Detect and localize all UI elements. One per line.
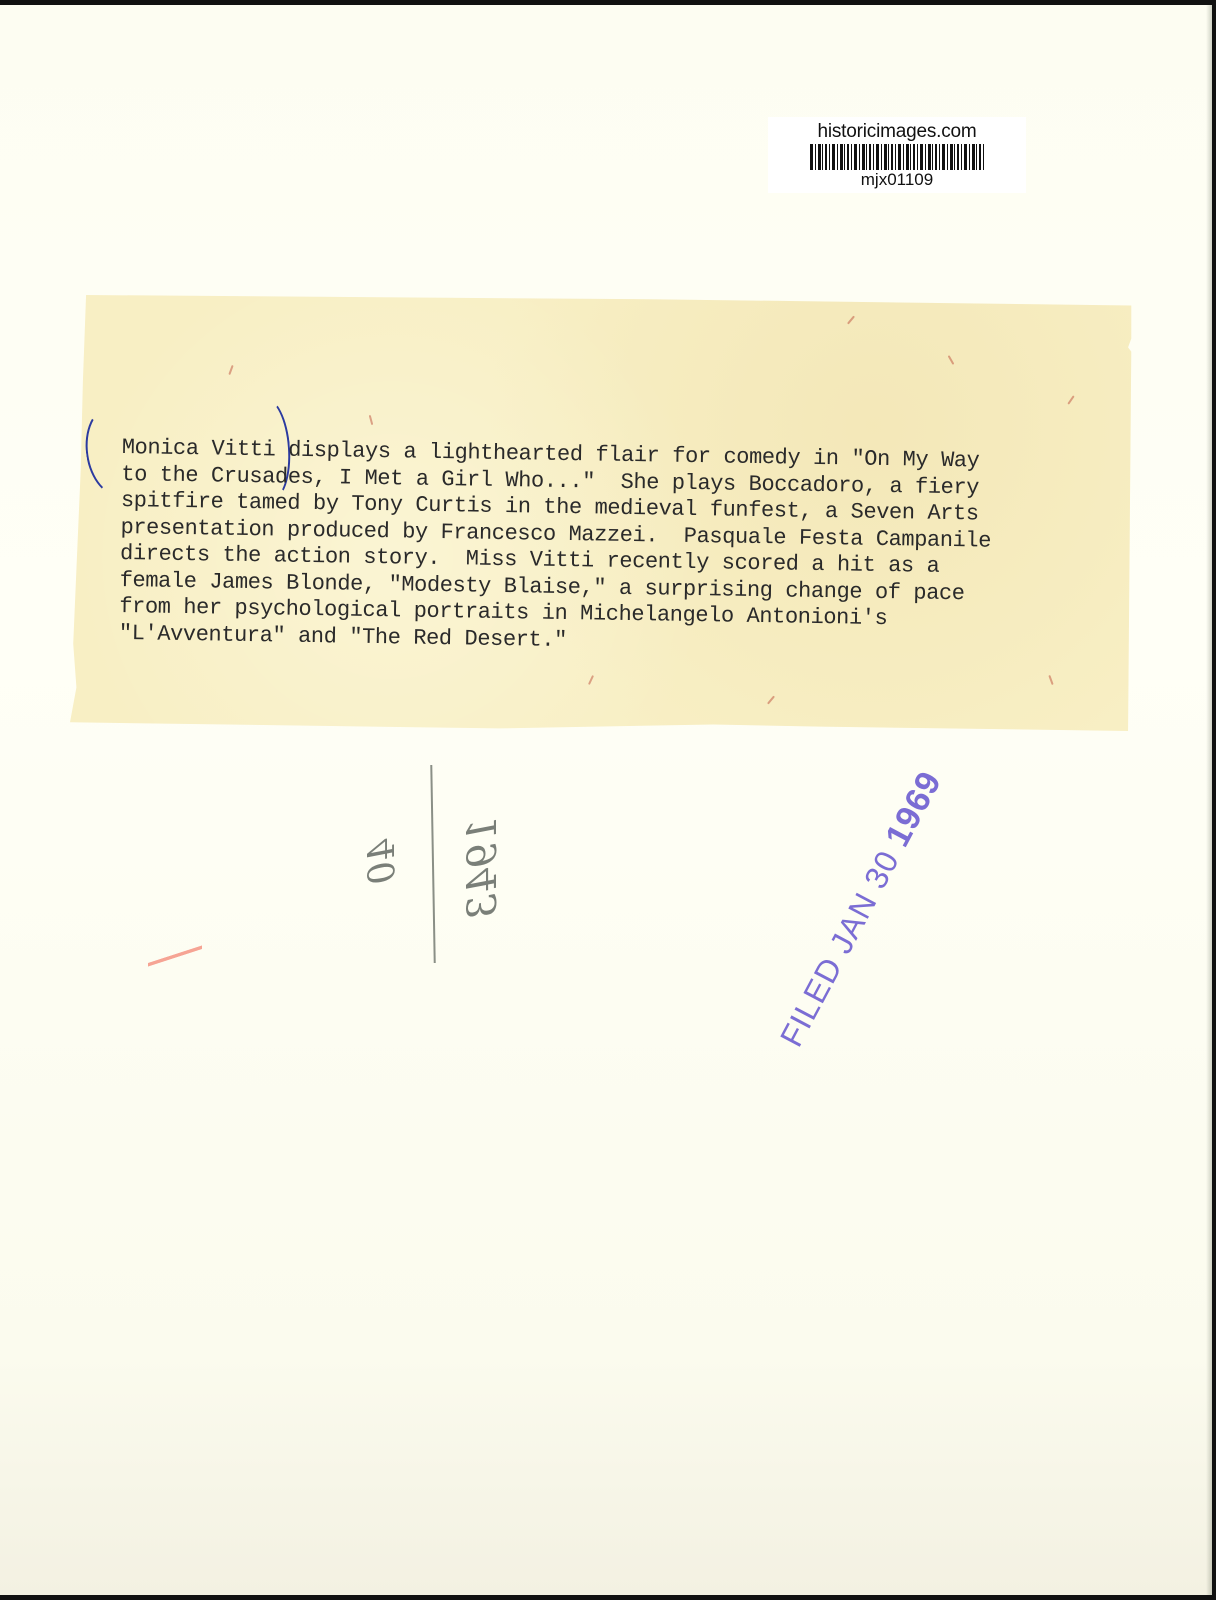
- stamp-year: 1969: [878, 765, 949, 853]
- paper-fleck: [228, 365, 233, 375]
- filed-date-stamp: FILED JAN 30 1969: [772, 765, 950, 1054]
- caption-text: Monica Vitti displays a lighthearted fla…: [119, 435, 1132, 663]
- photo-back-sheet: historicimages.com mjx01109 Monica Vitti…: [0, 5, 1212, 1595]
- paper-fleck: [588, 675, 594, 685]
- paper-fleck: [1048, 675, 1053, 685]
- barcode-label: historicimages.com mjx01109: [768, 117, 1026, 193]
- barcode-site-text: historicimages.com: [817, 121, 976, 143]
- pencil-divider-line: [430, 765, 435, 963]
- paper-fleck: [847, 316, 855, 325]
- pencil-note-right: 1943: [460, 817, 506, 919]
- paper-fleck: [767, 696, 775, 705]
- paper-fleck: [1067, 395, 1074, 404]
- paper-fleck: [948, 355, 955, 365]
- pencil-note-left: 40: [362, 839, 403, 885]
- paper-fleck: [369, 415, 374, 425]
- caption-clipping: Monica Vitti displays a lighthearted fla…: [70, 295, 1142, 731]
- stamp-label: FILED JAN 30: [773, 844, 906, 1052]
- red-ink-mark: [148, 945, 202, 967]
- barcode-code-text: mjx01109: [861, 170, 933, 190]
- barcode-icon: [810, 144, 984, 170]
